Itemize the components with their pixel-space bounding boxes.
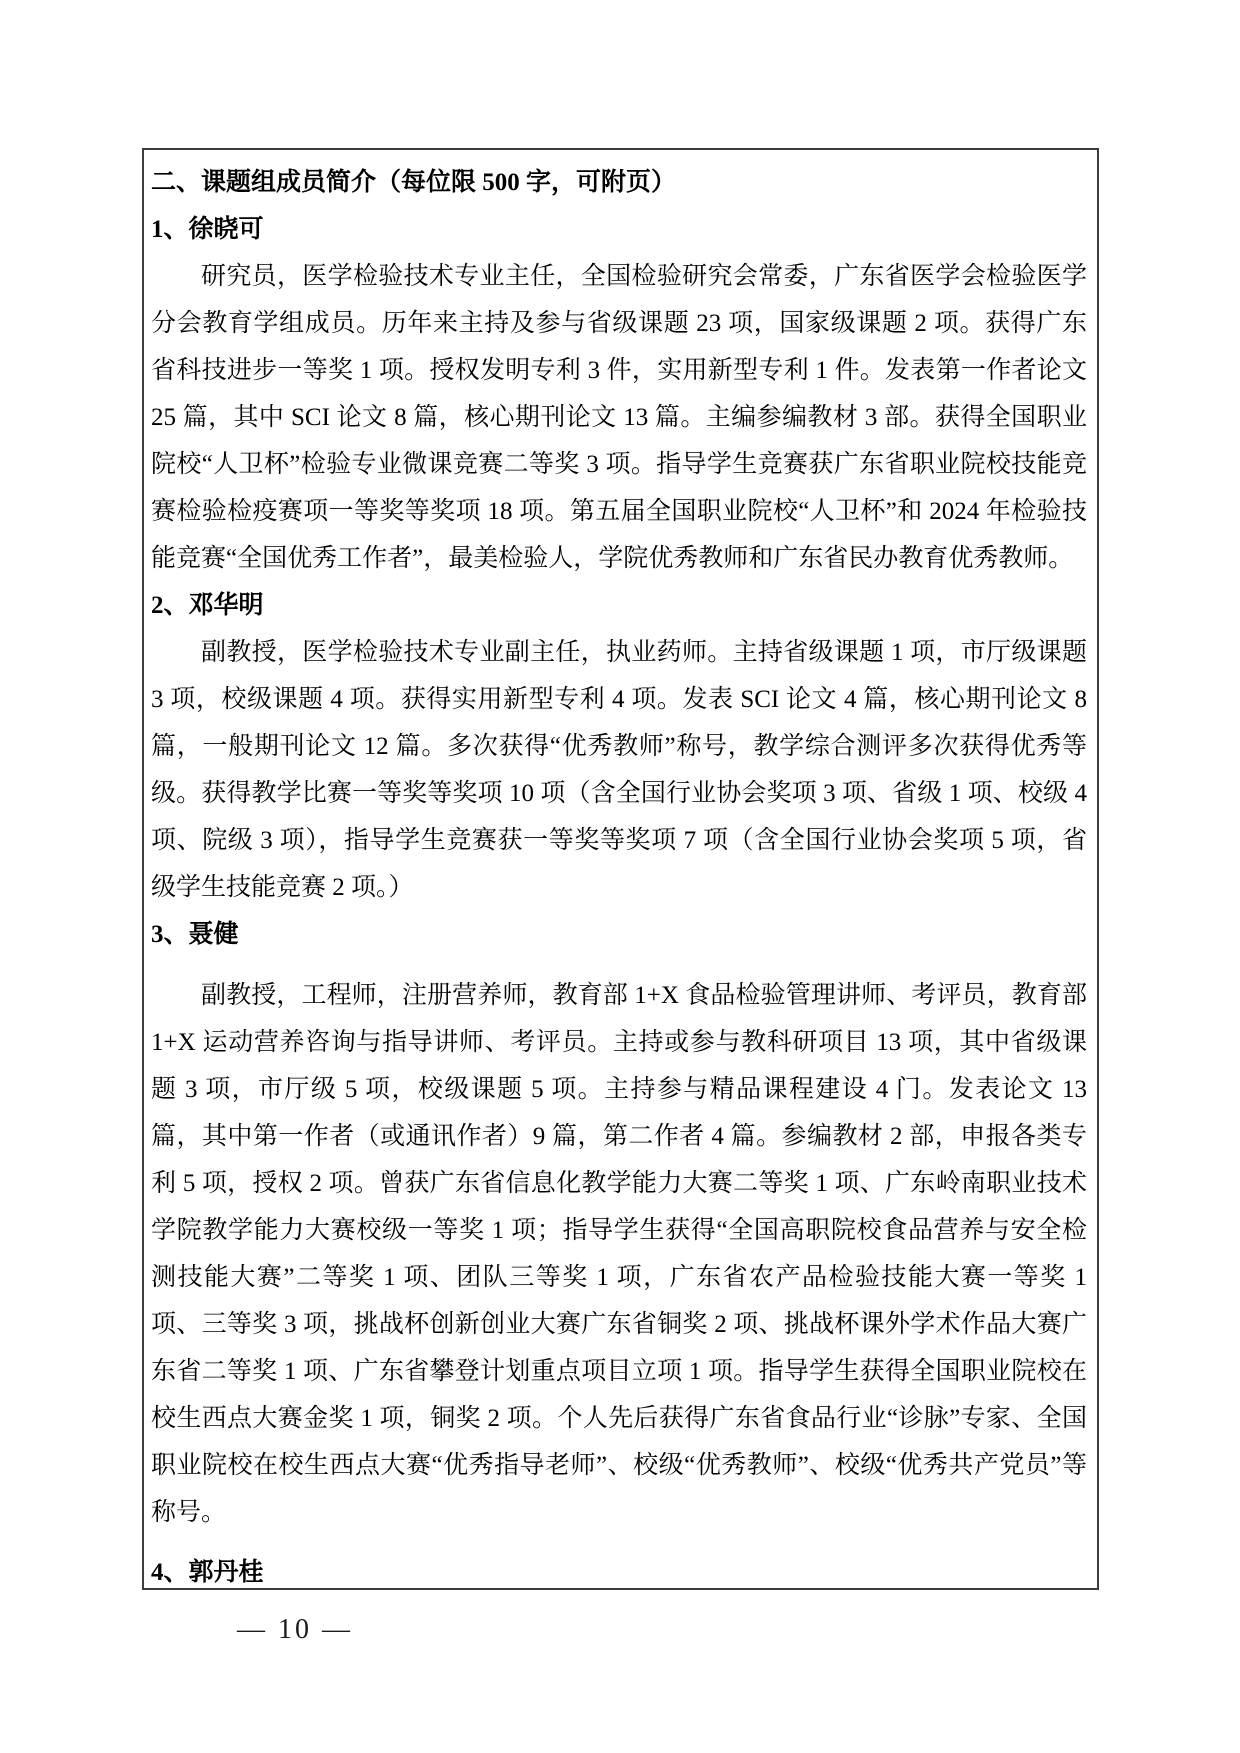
member-4-heading: 4、郭丹桂 xyxy=(151,1549,1087,1596)
section-title: 二、课题组成员简介（每位限 500 字，可附页） xyxy=(151,159,1087,206)
document-page: 二、课题组成员简介（每位限 500 字，可附页） 1、徐晓可 研究员，医学检验技… xyxy=(0,0,1240,1753)
member-2-bio: 副教授，医学检验技术专业副主任，执业药师。主持省级课题 1 项，市厅级课题 3 … xyxy=(151,629,1087,911)
member-1-bio: 研究员，医学检验技术专业主任，全国检验研究会常委，广东省医学会检验医学分会教育学… xyxy=(151,253,1087,582)
member-3-heading: 3、聂健 xyxy=(151,911,1087,958)
member-section-1: 1、徐晓可 研究员，医学检验技术专业主任，全国检验研究会常委，广东省医学会检验医… xyxy=(151,206,1087,582)
member-intro-table-cell: 二、课题组成员简介（每位限 500 字，可附页） 1、徐晓可 研究员，医学检验技… xyxy=(142,148,1099,1590)
member-3-bio: 副教授，工程师，注册营养师，教育部 1+X 食品检验管理讲师、考评员，教育部 1… xyxy=(151,972,1087,1536)
member-2-heading: 2、邓华明 xyxy=(151,582,1087,629)
member-section-3: 3、聂健 副教授，工程师，注册营养师，教育部 1+X 食品检验管理讲师、考评员，… xyxy=(151,911,1087,1536)
page-number: — 10 — xyxy=(237,1606,353,1653)
member-1-heading: 1、徐晓可 xyxy=(151,206,1087,253)
member-section-4: 4、郭丹桂 xyxy=(151,1549,1087,1596)
member-section-2: 2、邓华明 副教授，医学检验技术专业副主任，执业药师。主持省级课题 1 项，市厅… xyxy=(151,582,1087,911)
